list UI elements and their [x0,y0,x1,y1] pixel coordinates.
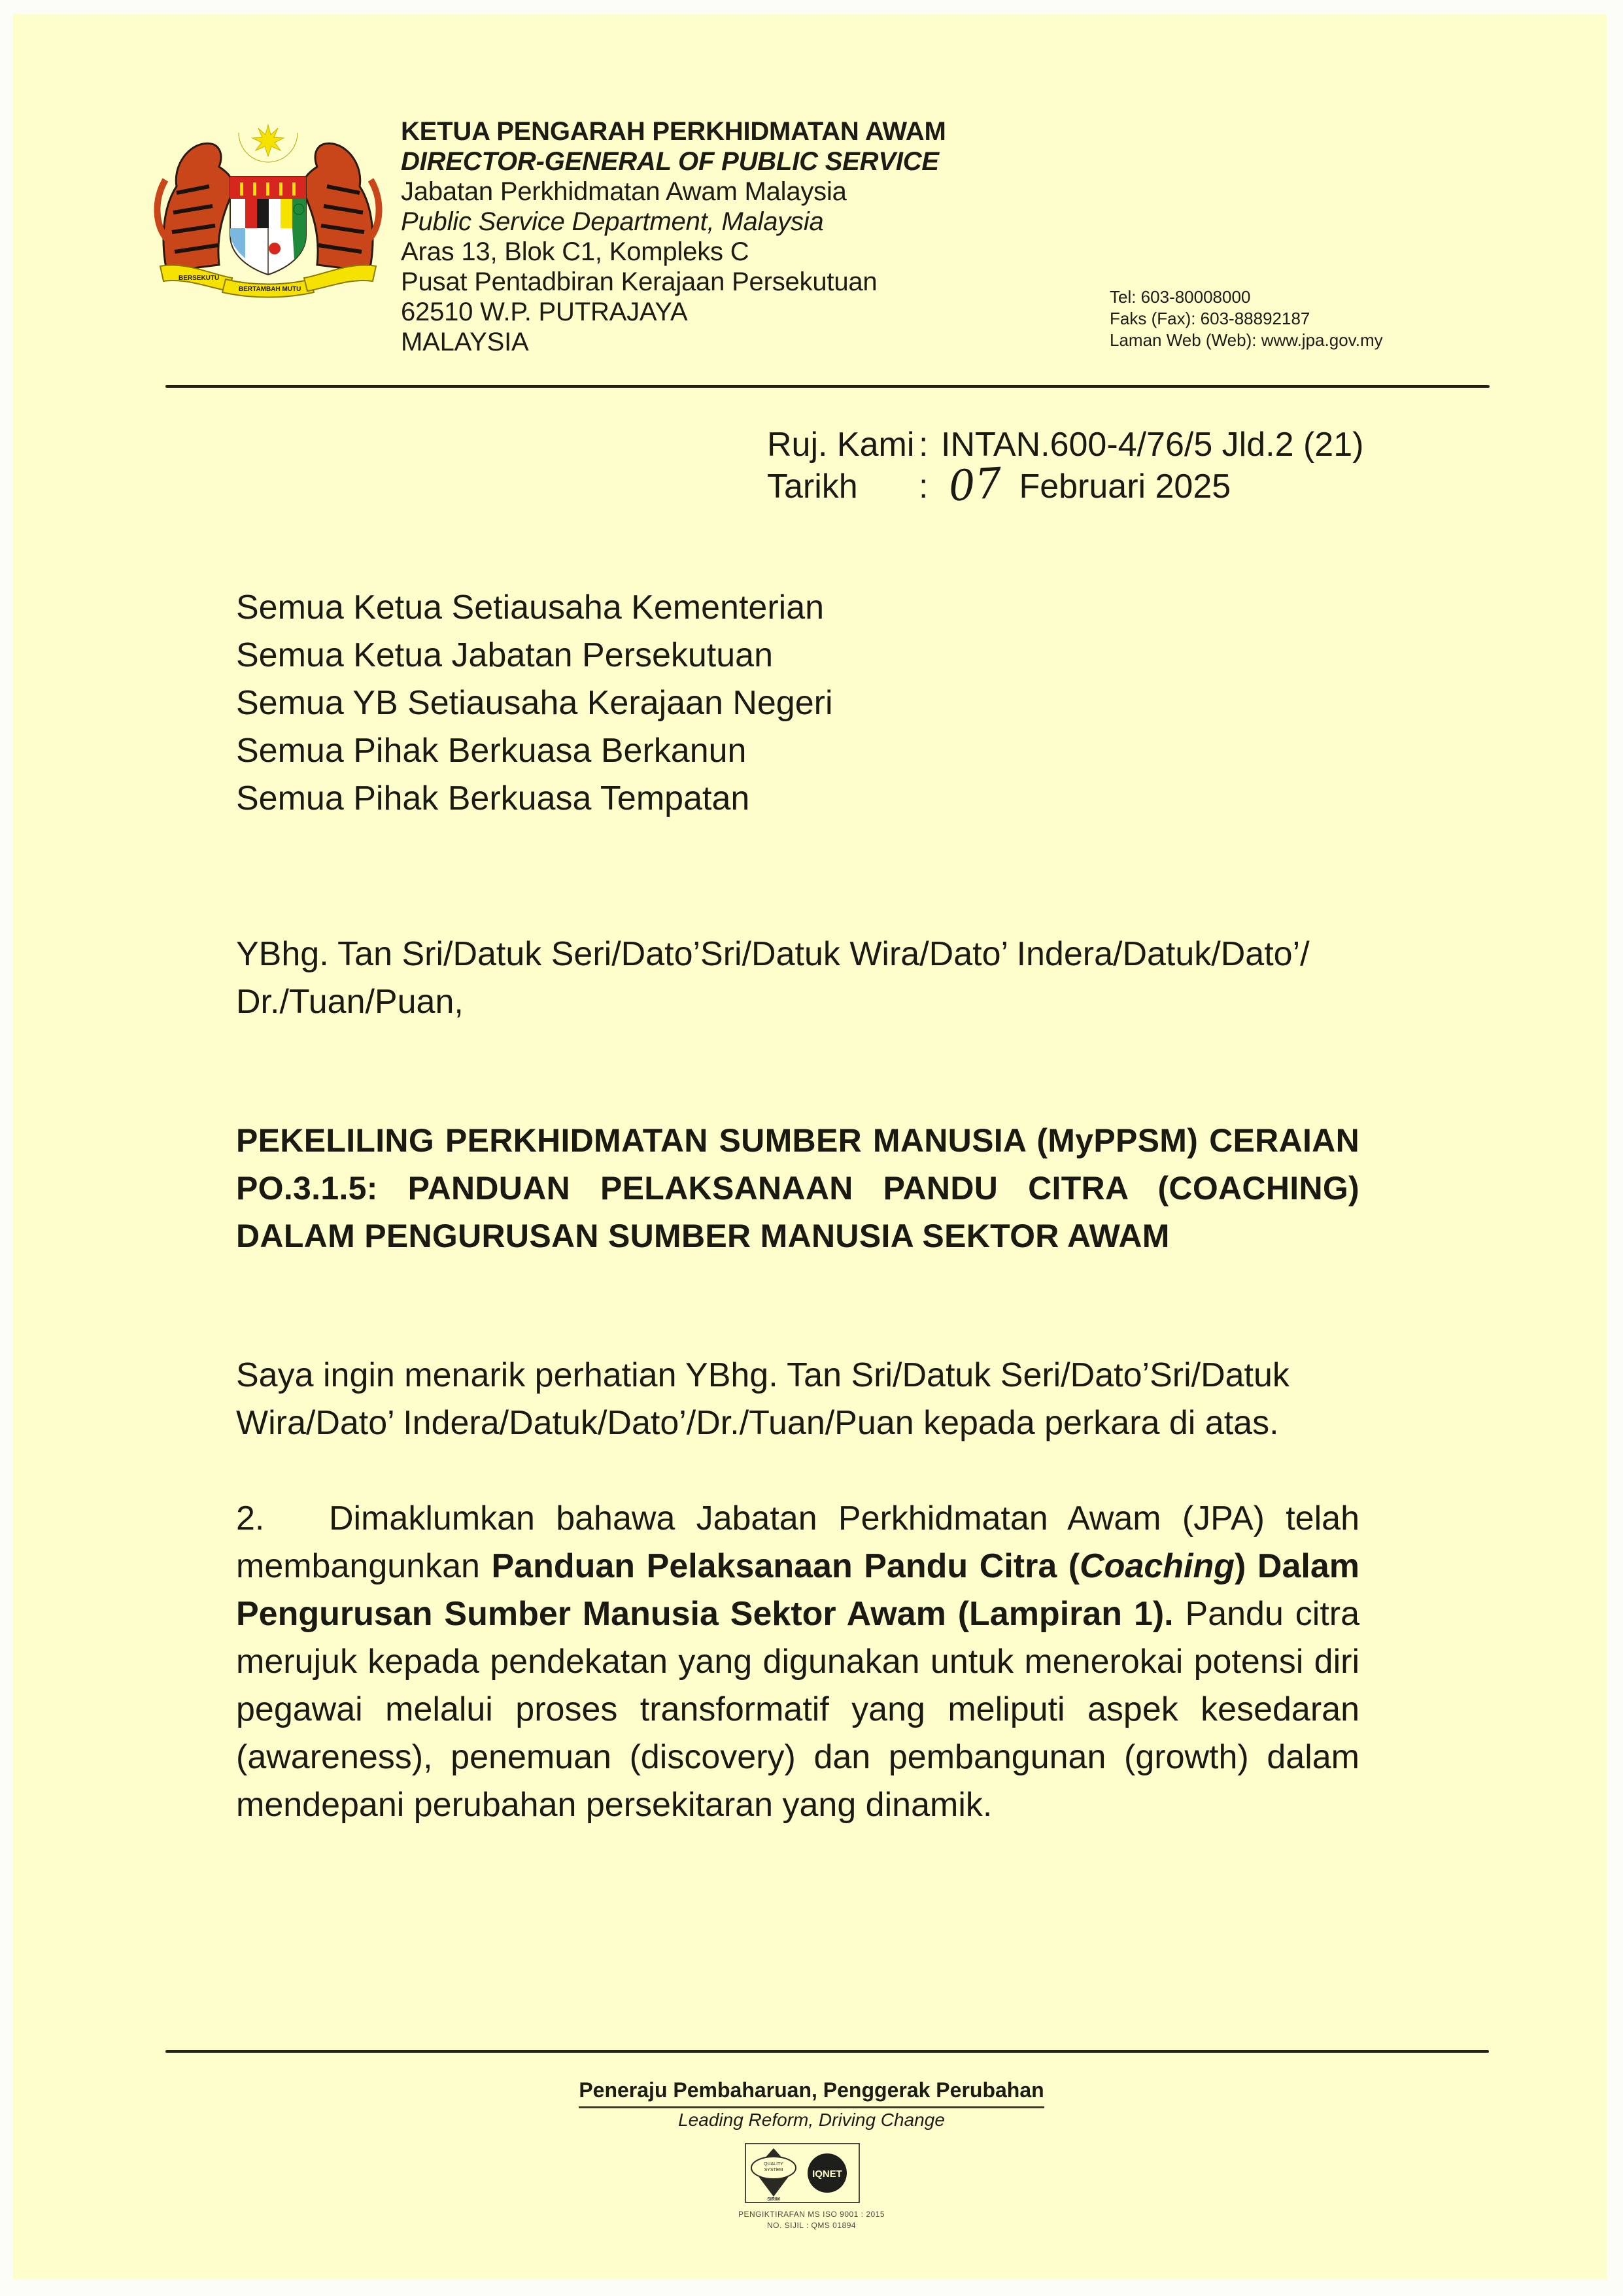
subject-heading: PEKELILING PERKHIDMATAN SUMBER MANUSIA (… [236,1117,1359,1260]
website[interactable]: Laman Web (Web): www.jpa.gov.my [1110,330,1383,351]
paragraph-2: 2.Dimaklumkan bahawa Jabatan Perkhidmata… [236,1495,1359,1829]
certification-text: PENGIKTIRAFAN MS ISO 9001 : 2015 NO. SIJ… [0,2209,1623,2231]
sirim-quality-system-icon: QUALITY SYSTEM SIRIM IQNET [746,2144,859,2202]
svg-text:QUALITY: QUALITY [764,2162,783,2167]
certificate-number: NO. SIJIL : QMS 01894 [0,2220,1623,2231]
recipient: Semua Pihak Berkuasa Berkanun [236,727,1359,775]
svg-text:BERTAMBAH MUTU: BERTAMBAH MUTU [239,286,301,293]
paragraph-number: 2. [236,1495,329,1543]
recipient: Semua Ketua Setiausaha Kementerian [236,584,1359,632]
recipient-list: Semua Ketua Setiausaha Kementerian Semua… [236,584,1359,823]
reference-number: INTAN.600-4/76/5 Jld.2 (21) [941,424,1363,466]
certification-logos: QUALITY SYSTEM SIRIM IQNET [745,2143,860,2203]
iqnet-icon: IQNET [808,2153,847,2193]
date-label: Tarikh [767,466,919,507]
address-line: Pusat Pentadbiran Kerajaan Persekutuan [401,267,946,297]
recipient: Semua Ketua Jabatan Persekutuan [236,632,1359,679]
paragraph-1: Saya ingin menarik perhatian YBhg. Tan S… [236,1352,1359,1447]
address-line: MALAYSIA [401,327,946,357]
reference-label: Ruj. Kami [767,424,919,466]
svg-text:SIRIM: SIRIM [767,2197,780,2202]
contact-info: Tel: 603-80008000 Faks (Fax): 603-888921… [1110,286,1383,351]
address-line: Aras 13, Blok C1, Kompleks C [401,237,946,267]
letterhead-title-ms: KETUA PENGARAH PERKHIDMATAN AWAM [401,116,946,146]
malaysia-coat-of-arms-icon: BERSEKUTU BERTAMBAH MUTU [147,114,389,301]
letterhead: KETUA PENGARAH PERKHIDMATAN AWAM DIRECTO… [401,116,946,357]
address-line: 62510 W.P. PUTRAJAYA [401,297,946,327]
department-name-en: Public Service Department, Malaysia [401,207,946,237]
footer-divider [165,2050,1489,2053]
salutation: YBhg. Tan Sri/Datuk Seri/Dato’Sri/Datuk … [236,931,1359,1026]
svg-text:IQNET: IQNET [812,2168,842,2180]
recipient: Semua Pihak Berkuasa Tempatan [236,775,1359,823]
svg-text:BERSEKUTU: BERSEKUTU [179,275,219,282]
recipient: Semua YB Setiausaha Kerajaan Negeri [236,679,1359,727]
footer-motto-en: Leading Reform, Driving Change [0,2110,1623,2131]
department-name-ms: Jabatan Perkhidmatan Awam Malaysia [401,177,946,207]
fax: Faks (Fax): 603-88892187 [1110,308,1383,330]
svg-text:SYSTEM: SYSTEM [764,2168,783,2172]
date-month-year: Februari 2025 [1019,466,1231,507]
header-divider [165,385,1490,388]
document-title-reference: Panduan Pelaksanaan Pandu Citra ( [491,1547,1080,1585]
letterhead-title-en: DIRECTOR-GENERAL OF PUBLIC SERVICE [401,146,946,177]
handwritten-day: 07 [948,464,1004,509]
iso-certification: PENGIKTIRAFAN MS ISO 9001 : 2015 [0,2209,1623,2220]
telephone: Tel: 603-80008000 [1110,286,1383,308]
reference-block: Ruj. Kami : INTAN.600-4/76/5 Jld.2 (21) … [767,424,1363,507]
footer-motto-ms: Peneraju Pembaharuan, Penggerak Perubaha… [0,2078,1623,2108]
